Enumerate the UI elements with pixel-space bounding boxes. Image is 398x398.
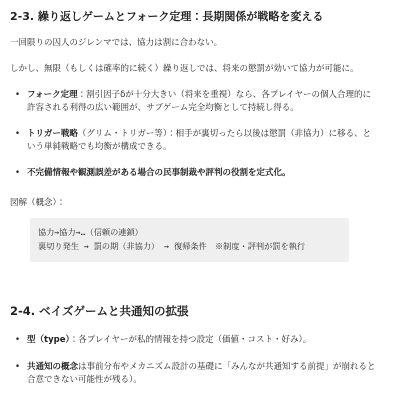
bullet-rest-text: （グリム・トリガー等）：相手が裏切ったら以後は懲罰（非協力）に移る、という単純戦… <box>27 129 371 152</box>
list-item-text: 不完備情報や観測誤差がある場合の民事制裁や評判の役割を定式化。 <box>27 167 392 180</box>
list-item-trigger-strategy: • トリガー戦略（グリム・トリガー等）：相手が裏切ったら以後は懲罰（非協力）に移… <box>10 128 392 154</box>
list-item-text: 共通知の概念は事前分布やメカニズム設計の基礎に「みんなが共通知する前提」が崩れる… <box>27 361 392 387</box>
bullet-icon: • <box>10 89 27 102</box>
bullet-lead-text: フォーク定理 <box>27 90 78 100</box>
section-2-4-bullet-list: • 型（type）：各プレイヤーが私的情報を持つ設定（価値・コスト・好み）。 •… <box>10 334 392 387</box>
bullet-lead-text: 共通知の概念 <box>27 362 78 372</box>
bullet-lead-text: トリガー戦略 <box>27 129 78 139</box>
list-item-text: 型（type）：各プレイヤーが私的情報を持つ設定（価値・コスト・好み）。 <box>27 334 392 347</box>
list-item-folk-theorem: • フォーク定理：割引因子δが十分大きい（将来を重視）なら、各プレイヤーの個人合… <box>10 89 392 115</box>
bullet-icon: • <box>10 128 27 141</box>
section-2-3-heading: 2-3. 繰り返しゲームとフォーク定理：長期関係が戦略を変える <box>10 10 392 24</box>
diagram-box: 協力→協力→…（信頼の連鎖） 裏切り発生 → 罰の期（非協力） → 復帰条件 ※… <box>30 218 349 262</box>
bullet-rest-text: は事前分布やメカニズム設計の基礎に「みんなが共通知する前提」が崩れると合意できな… <box>27 362 376 385</box>
diagram-box-line-cooperation-chain: 協力→協力→…（信頼の連鎖） <box>38 226 341 240</box>
bullet-icon: • <box>10 334 27 347</box>
section-2-3-bullet-list: • フォーク定理：割引因子δが十分大きい（将来を重視）なら、各プレイヤーの個人合… <box>10 89 392 181</box>
bullet-rest-text: ：各プレイヤーが私的情報を持つ設定（価値・コスト・好み）。 <box>70 335 312 345</box>
list-item-text: フォーク定理：割引因子δが十分大きい（将来を重視）なら、各プレイヤーの個人合理的… <box>27 89 392 115</box>
diagram-concept-label: 図解（概念）： <box>10 197 392 210</box>
document-page: 2-3. 繰り返しゲームとフォーク定理：長期関係が戦略を変える 一回限りの囚人の… <box>0 0 398 398</box>
list-item-incomplete-info: • 不完備情報や観測誤差がある場合の民事制裁や評判の役割を定式化。 <box>10 167 392 180</box>
diagram-box-line-defection-flow: 裏切り発生 → 罰の期（非協力） → 復帰条件 ※制度・評判が罰を執行 <box>38 240 341 254</box>
list-item-text: トリガー戦略（グリム・トリガー等）：相手が裏切ったら以後は懲罰（非協力）に移る、… <box>27 128 392 154</box>
list-item-type: • 型（type）：各プレイヤーが私的情報を持つ設定（価値・コスト・好み）。 <box>10 334 392 347</box>
bullet-rest-text: ：割引因子δが十分大きい（将来を重視）なら、各プレイヤーの個人合理的に許容される… <box>27 90 371 113</box>
bullet-lead-text: 不完備情報や観測誤差がある場合の民事制裁や評判の役割を定式化。 <box>27 168 291 178</box>
paragraph-infinite-repetition: しかし、無限（もしくは確率的に続く）繰り返しでは、将来の懲罰が効いて協力が可能に… <box>10 63 392 76</box>
list-item-common-knowledge: • 共通知の概念は事前分布やメカニズム設計の基礎に「みんなが共通知する前提」が崩… <box>10 361 392 387</box>
bullet-icon: • <box>10 361 27 374</box>
section-2-4-heading: 2-4. ベイズゲームと共通知の拡張 <box>10 304 392 319</box>
bullet-lead-text: 型（type） <box>27 335 70 345</box>
bullet-icon: • <box>10 167 27 180</box>
paragraph-one-shot-dilemma: 一回限りの囚人のジレンマでは、協力は割に合わない。 <box>10 37 392 50</box>
